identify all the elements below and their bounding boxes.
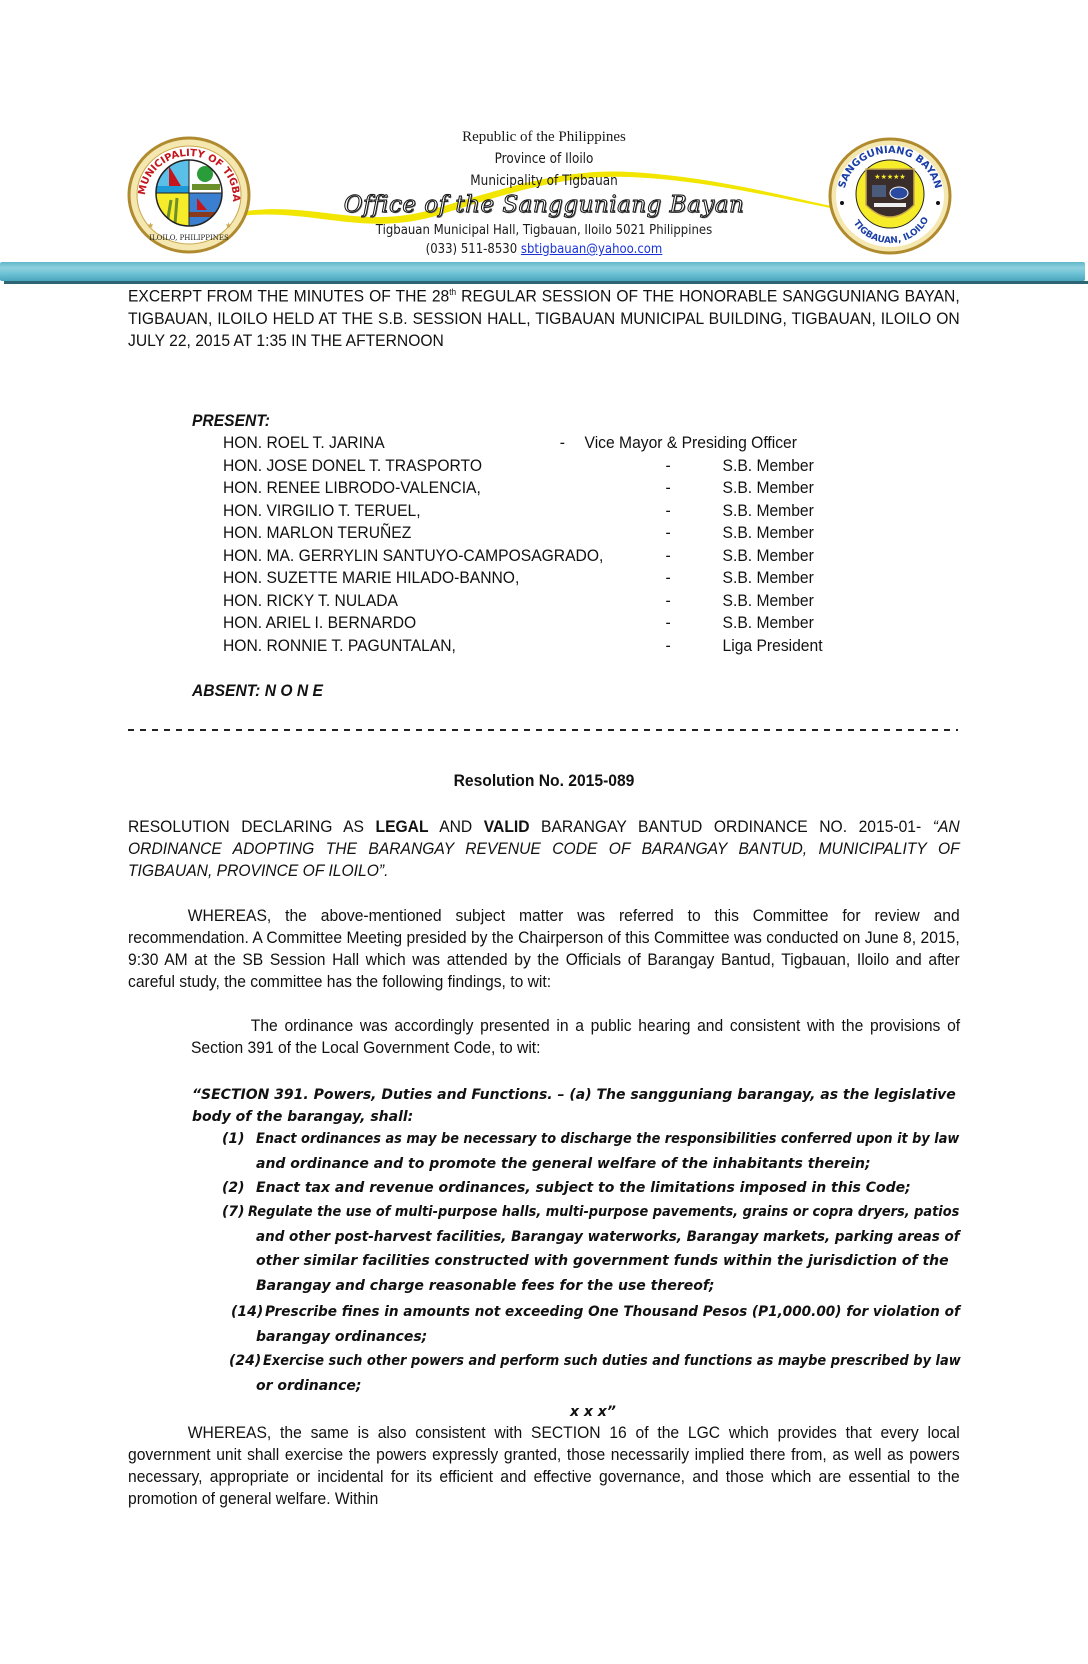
member-name: HON. SUZETTE MARIE HILADO-BANNO, bbox=[223, 568, 519, 588]
email-link[interactable]: sbtigbauan@yahoo.com bbox=[521, 242, 662, 257]
member-row: HON. RONNIE T. PAGUNTALAN,-Liga Presiden… bbox=[223, 636, 849, 658]
header-divider-bar bbox=[0, 262, 1085, 281]
section-item-number: (1) bbox=[222, 1127, 245, 1152]
section-item-number: (24) bbox=[229, 1349, 261, 1374]
svg-text:ILOILO, PHILIPPINES: ILOILO, PHILIPPINES bbox=[149, 234, 229, 242]
member-name: HON. ROEL T. JARINA bbox=[223, 433, 385, 453]
section-item-line: or ordinance; bbox=[256, 1374, 362, 1399]
findings-paragraph: The ordinance was accordingly presented … bbox=[191, 1015, 960, 1059]
section-item-number: (2) bbox=[222, 1176, 245, 1201]
present-label: PRESENT: bbox=[192, 411, 270, 431]
section-item-line: Enact ordinances as may be necessary to … bbox=[256, 1127, 959, 1152]
member-role: S.B. Member bbox=[723, 523, 814, 543]
member-row: HON. SUZETTE MARIE HILADO-BANNO,-S.B. Me… bbox=[223, 568, 849, 590]
member-dash: - bbox=[666, 568, 671, 588]
section-item-line: and ordinance and to promote the general… bbox=[256, 1152, 871, 1177]
whereas-paragraph-1: WHEREAS, the above-mentioned subject mat… bbox=[128, 905, 960, 993]
member-name: HON. VIRGILIO T. TERUEL, bbox=[223, 501, 421, 521]
member-role: Vice Mayor & Presiding Officer bbox=[585, 433, 797, 453]
member-name: HON. RONNIE T. PAGUNTALAN, bbox=[223, 636, 456, 656]
resolution-title: RESOLUTION DECLARING AS LEGAL AND VALID … bbox=[128, 816, 960, 882]
member-name: HON. MARLON TERUÑEZ bbox=[223, 523, 411, 543]
member-role: S.B. Member bbox=[723, 613, 814, 633]
member-name: HON. MA. GERRYLIN SANTUYO-CAMPOSAGRADO, bbox=[223, 546, 603, 566]
member-role: S.B. Member bbox=[723, 546, 814, 566]
member-dash: - bbox=[666, 613, 671, 633]
member-role: S.B. Member bbox=[723, 568, 814, 588]
member-role: S.B. Member bbox=[723, 478, 814, 498]
section-item-line: Prescribe fines in amounts not exceeding… bbox=[265, 1300, 960, 1325]
member-dash: - bbox=[666, 546, 671, 566]
member-row: HON. MA. GERRYLIN SANTUYO-CAMPOSAGRADO,-… bbox=[223, 546, 849, 568]
absent-label: ABSENT: N O N E bbox=[192, 681, 323, 701]
member-row: HON. ROEL T. JARINA-Vice Mayor & Presidi… bbox=[223, 433, 849, 455]
dashed-separator bbox=[128, 729, 958, 731]
sangguniang-bayan-seal-icon: SANGGUNIANG BAYAN TIGBAUAN, ILOILO ★★★★★ bbox=[828, 137, 952, 255]
excerpt-heading: EXCERPT FROM THE MINUTES OF THE 28th REG… bbox=[128, 281, 960, 352]
member-dash: - bbox=[666, 478, 671, 498]
member-role: S.B. Member bbox=[723, 456, 814, 476]
member-dash: - bbox=[666, 501, 671, 521]
section-item-line: Barangay and charge reasonable fees for … bbox=[256, 1274, 715, 1299]
member-name: HON. JOSE DONEL T. TRASPORTO bbox=[223, 456, 482, 476]
member-dash: - bbox=[666, 523, 671, 543]
member-row: HON. JOSE DONEL T. TRASPORTO-S.B. Member bbox=[223, 456, 849, 478]
whereas-paragraph-2: WHEREAS, the same is also consistent wit… bbox=[128, 1422, 960, 1510]
resolution-number: Resolution No. 2015-089 bbox=[44, 771, 1045, 791]
section-item-line: Enact tax and revenue ordinances, subjec… bbox=[256, 1176, 911, 1201]
member-row: HON. ARIEL I. BERNARDO-S.B. Member bbox=[223, 613, 849, 635]
member-row: HON. VIRGILIO T. TERUEL,-S.B. Member bbox=[223, 501, 849, 523]
section-item-number: (7) bbox=[222, 1200, 245, 1225]
municipality-seal-icon: MUNICIPALITY OF TIGBAUAN ILOILO, PHILIPP… bbox=[127, 136, 251, 254]
member-role: S.B. Member bbox=[723, 501, 814, 521]
member-role: S.B. Member bbox=[723, 591, 814, 611]
member-row: HON. RENEE LIBRODO-VALENCIA,-S.B. Member bbox=[223, 478, 849, 500]
member-dash: - bbox=[666, 591, 671, 611]
section-item-line: Regulate the use of multi-purpose halls,… bbox=[248, 1200, 959, 1225]
section-item-line: Exercise such other powers and perform s… bbox=[263, 1349, 961, 1374]
svg-text:★: ★ bbox=[147, 221, 154, 230]
section-item-line: barangay ordinances; bbox=[256, 1325, 427, 1350]
member-dash: - bbox=[560, 433, 565, 453]
member-role: Liga President bbox=[723, 636, 823, 656]
section-item-line: other similar facilities constructed wit… bbox=[256, 1249, 949, 1274]
member-name: HON. ARIEL I. BERNARDO bbox=[223, 613, 416, 633]
member-row: HON. RICKY T. NULADA-S.B. Member bbox=[223, 591, 849, 613]
member-row: HON. MARLON TERUÑEZ-S.B. Member bbox=[223, 523, 849, 545]
svg-text:★: ★ bbox=[225, 221, 232, 230]
member-name: HON. RICKY T. NULADA bbox=[223, 591, 398, 611]
member-name: HON. RENEE LIBRODO-VALENCIA, bbox=[223, 478, 481, 498]
member-dash: - bbox=[666, 636, 671, 656]
section-item-line: and other post-harvest facilities, Baran… bbox=[256, 1225, 960, 1250]
phone-number: (033) 511-8530 bbox=[426, 242, 518, 257]
member-dash: - bbox=[666, 456, 671, 476]
section-item-number: (14) bbox=[231, 1300, 263, 1325]
svg-text:★★★★★: ★★★★★ bbox=[874, 173, 905, 181]
